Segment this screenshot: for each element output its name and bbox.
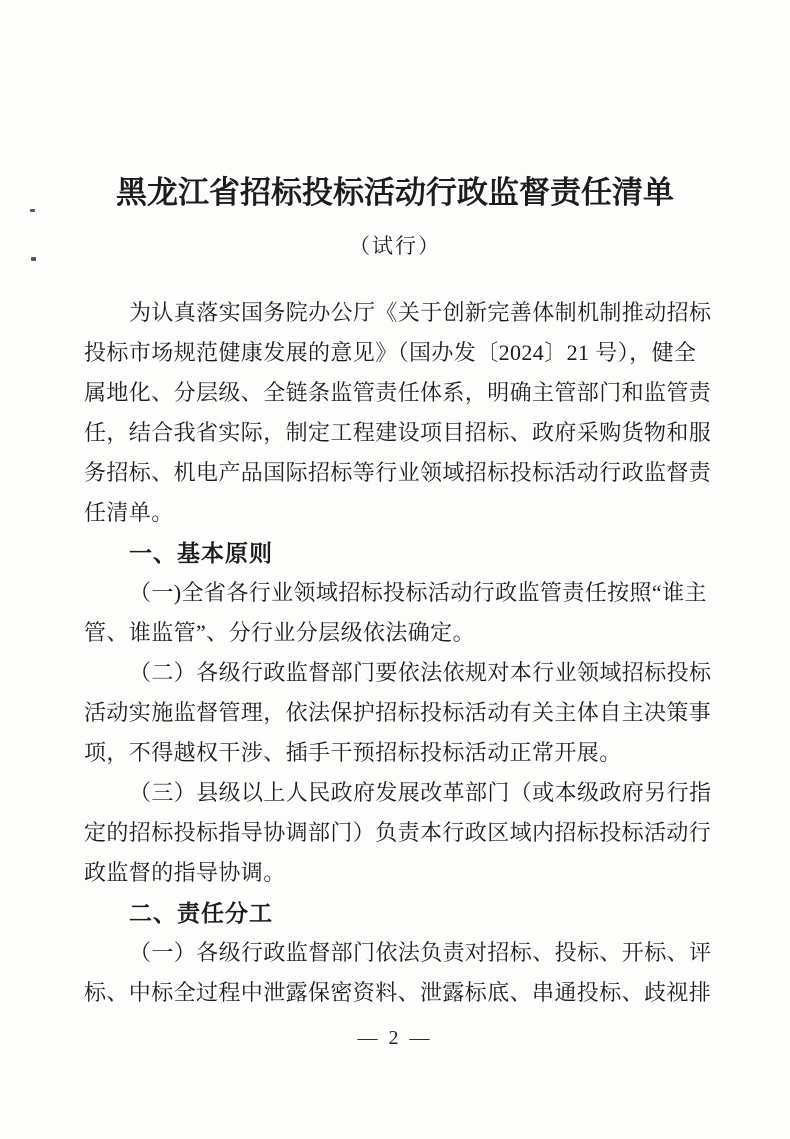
doc-line: 管、谁监管”、分行业分层级依法确定。 — [84, 613, 714, 653]
section-heading: 二、责任分工 — [84, 893, 714, 933]
doc-line: （一)全省各行业领域招标投标活动行政监管责任按照“谁主 — [84, 573, 714, 613]
document-page: 黑龙江省招标投标活动行政监督责任清单 （试行） 为认真落实国务院办公厅《关于创新… — [0, 0, 790, 1139]
doc-line: 政监督的指导协调。 — [84, 853, 714, 893]
doc-line: 项，不得越权干涉、插手干预招标投标活动正常开展。 — [84, 733, 714, 773]
doc-line: 任清单。 — [84, 493, 714, 533]
doc-line: 标、中标全过程中泄露保密资料、泄露标底、串通投标、歧视排 — [84, 973, 714, 1013]
doc-line: 属地化、分层级、全链条监管责任体系，明确主管部门和监管责 — [84, 373, 714, 413]
doc-line: （一）各级行政监督部门依法负责对招标、投标、开标、评 — [84, 933, 714, 973]
scan-speck — [30, 209, 35, 212]
doc-line: 为认真落实国务院办公厅《关于创新完善体制机制推动招标 — [84, 293, 714, 333]
document-body: 为认真落实国务院办公厅《关于创新完善体制机制推动招标投标市场规范健康发展的意见》… — [84, 293, 714, 1013]
doc-line: （三）县级以上人民政府发展改革部门（或本级政府另行指 — [84, 773, 714, 813]
document-subtitle: （试行） — [0, 226, 790, 266]
doc-line: 投标市场规范健康发展的意见》（国办发〔2024〕21 号），健全 — [84, 333, 714, 373]
document-title: 黑龙江省招标投标活动行政监督责任清单 — [0, 0, 790, 213]
doc-line: （二）各级行政监督部门要依法依规对本行业领域招标投标 — [84, 653, 714, 693]
doc-line: 活动实施监督管理，依法保护招标投标活动有关主体自主决策事 — [84, 693, 714, 733]
doc-line: 任，结合我省实际，制定工程建设项目招标、政府采购货物和服 — [84, 413, 714, 453]
scan-speck — [31, 257, 36, 261]
doc-line: 定的招标投标指导协调部门）负责本行政区域内招标投标活动行 — [84, 813, 714, 853]
doc-line: 务招标、机电产品国际招标等行业领域招标投标活动行政监督责 — [84, 453, 714, 493]
section-heading: 一、基本原则 — [84, 533, 714, 573]
page-number: — 2 — — [0, 1019, 790, 1057]
